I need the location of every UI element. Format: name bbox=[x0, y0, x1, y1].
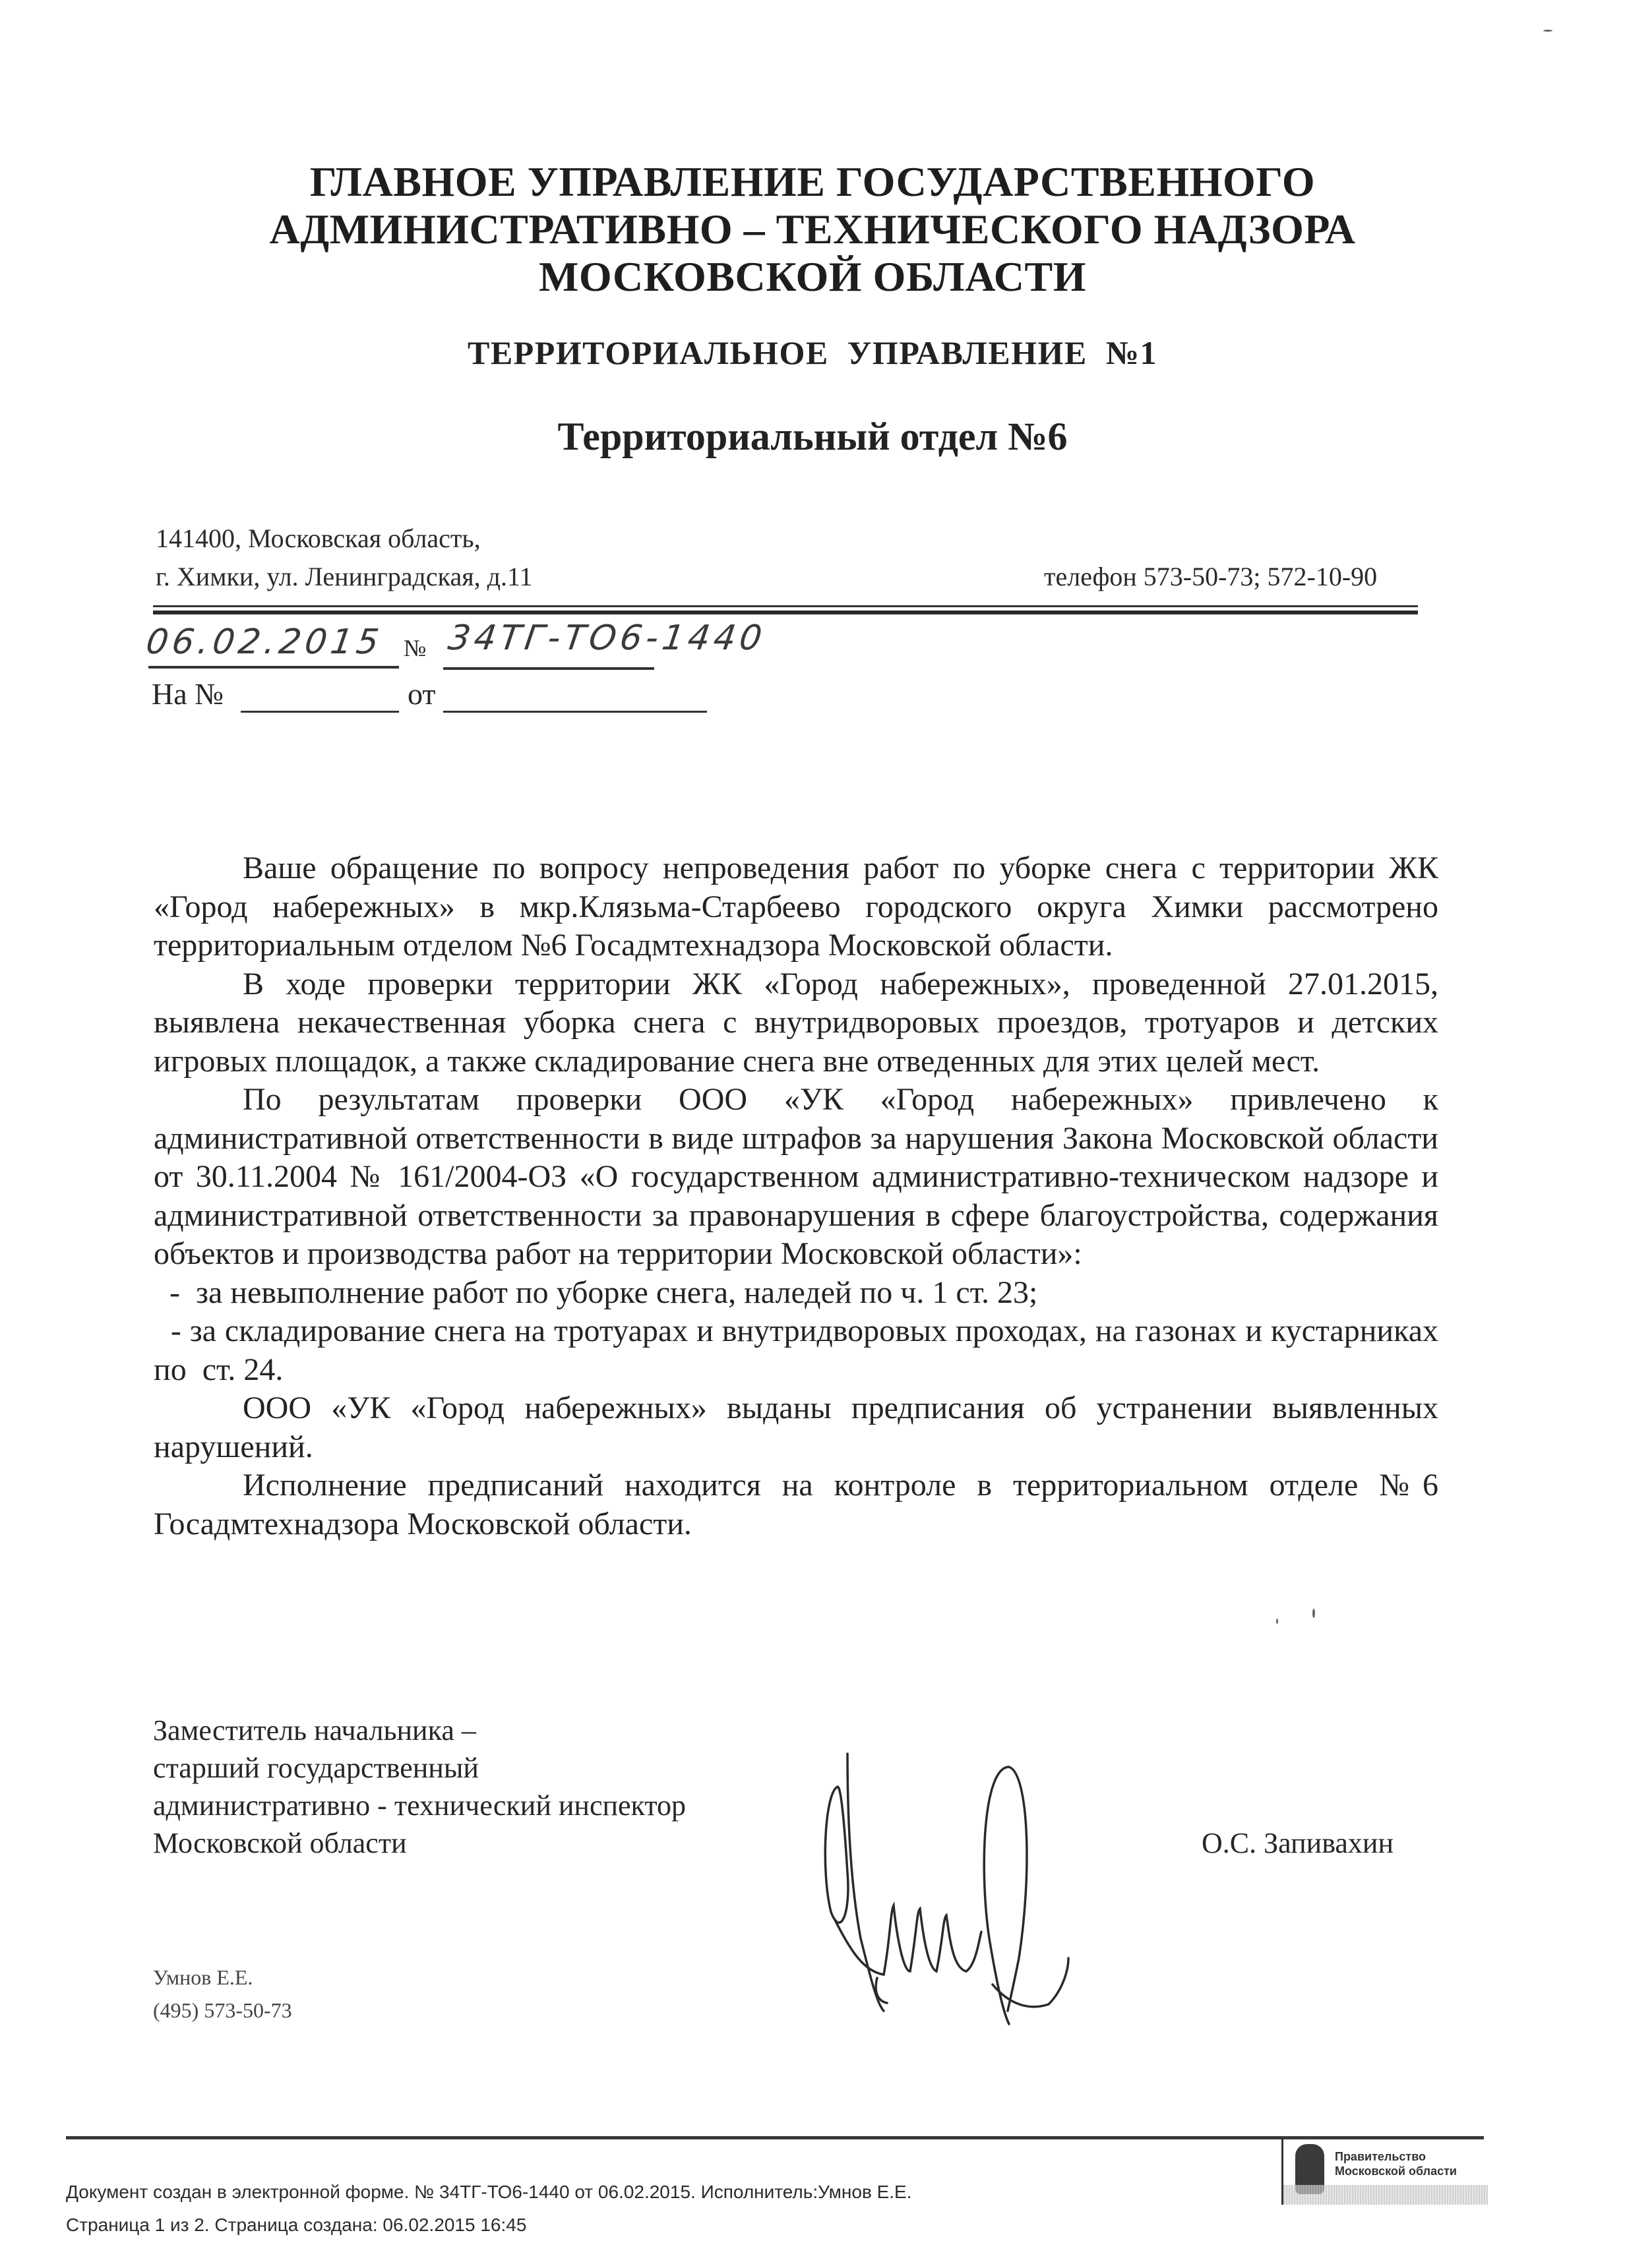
header-rule-thin bbox=[153, 605, 1418, 607]
outgoing-date: 06.02.2015 bbox=[144, 622, 385, 662]
address-line-1: 141400, Московская область, bbox=[156, 520, 481, 558]
logo-shade bbox=[1283, 2185, 1488, 2205]
header-rule-thick bbox=[153, 611, 1418, 614]
paragraph-orders: ООО «УК «Город набережных» выданы предпи… bbox=[154, 1389, 1438, 1466]
org-name-line-3: МОСКОВСКОЙ ОБЛАСТИ bbox=[0, 253, 1625, 301]
territorial-admin-title: ТЕРРИТОРИАЛЬНОЕ УПРАВЛЕНИЕ №1 bbox=[0, 334, 1625, 372]
number-label: № bbox=[404, 634, 426, 662]
scan-speck bbox=[1312, 1609, 1315, 1618]
scan-speck bbox=[1276, 1619, 1278, 1624]
footer-document-info: Документ создан в электронной форме. № 3… bbox=[66, 2176, 912, 2209]
outgoing-number: 34ТГ-ТО6-1440 bbox=[446, 618, 768, 658]
scan-speck bbox=[1543, 30, 1552, 32]
logo-line-1: Правительство bbox=[1335, 2149, 1457, 2164]
signer-position: Заместитель начальника – старший государ… bbox=[153, 1712, 686, 1862]
paragraph-control: Исполнение предписаний находится на конт… bbox=[154, 1466, 1438, 1543]
org-name-line-2: АДМИНИСТРАТИВНО – ТЕХНИЧЕСКОГО НАДЗОРА bbox=[0, 206, 1625, 253]
reply-to-number-field bbox=[241, 711, 399, 713]
footer-rule bbox=[66, 2136, 1484, 2139]
violation-item-2: - за складирование снега на тротуарах и … bbox=[154, 1312, 1438, 1389]
logo-text: Правительство Московской области bbox=[1335, 2149, 1457, 2178]
executor-name: Умнов Е.Е. bbox=[153, 1961, 253, 1994]
violation-item-1: - за невыполнение работ по уборке снега,… bbox=[154, 1274, 1438, 1313]
reply-to-date-field bbox=[443, 711, 707, 713]
number-underline bbox=[443, 667, 654, 670]
executor-phone: (495) 573-50-73 bbox=[153, 1994, 292, 2027]
letter-body: Ваше обращение по вопросу непроведения р… bbox=[154, 849, 1438, 1543]
org-name-line-1: ГЛАВНОЕ УПРАВЛЕНИЕ ГОСУДАРСТВЕННОГО bbox=[0, 158, 1625, 206]
phone-numbers: телефон 573-50-73; 572-10-90 bbox=[1044, 558, 1377, 596]
paragraph-inspection: В ходе проверки территории ЖК «Город наб… bbox=[154, 965, 1438, 1081]
address-line-2: г. Химки, ул. Ленинградская, д.11 bbox=[156, 558, 532, 596]
paragraph-appeal: Ваше обращение по вопросу непроведения р… bbox=[154, 849, 1438, 965]
government-logo: Правительство Московской области bbox=[1281, 2139, 1488, 2205]
position-line-2: старший государственный bbox=[153, 1749, 686, 1787]
footer-page-info: Страница 1 из 2. Страница создана: 06.02… bbox=[66, 2209, 526, 2242]
department-title: Территориальный отдел №6 bbox=[0, 414, 1625, 460]
position-line-1: Заместитель начальника – bbox=[153, 1712, 686, 1749]
date-underline bbox=[148, 666, 399, 669]
paragraph-penalties: По результатам проверки ООО «УК «Город н… bbox=[154, 1081, 1438, 1274]
position-line-3: административно - технический инспектор bbox=[153, 1787, 686, 1824]
handwritten-signature bbox=[811, 1741, 1128, 2031]
reply-to-label: На № bbox=[152, 676, 224, 711]
signer-name: О.С. Запивахин bbox=[1202, 1826, 1394, 1860]
logo-line-2: Московской области bbox=[1335, 2164, 1457, 2178]
position-line-4: Московской области bbox=[153, 1824, 686, 1862]
from-label: от bbox=[408, 676, 436, 711]
